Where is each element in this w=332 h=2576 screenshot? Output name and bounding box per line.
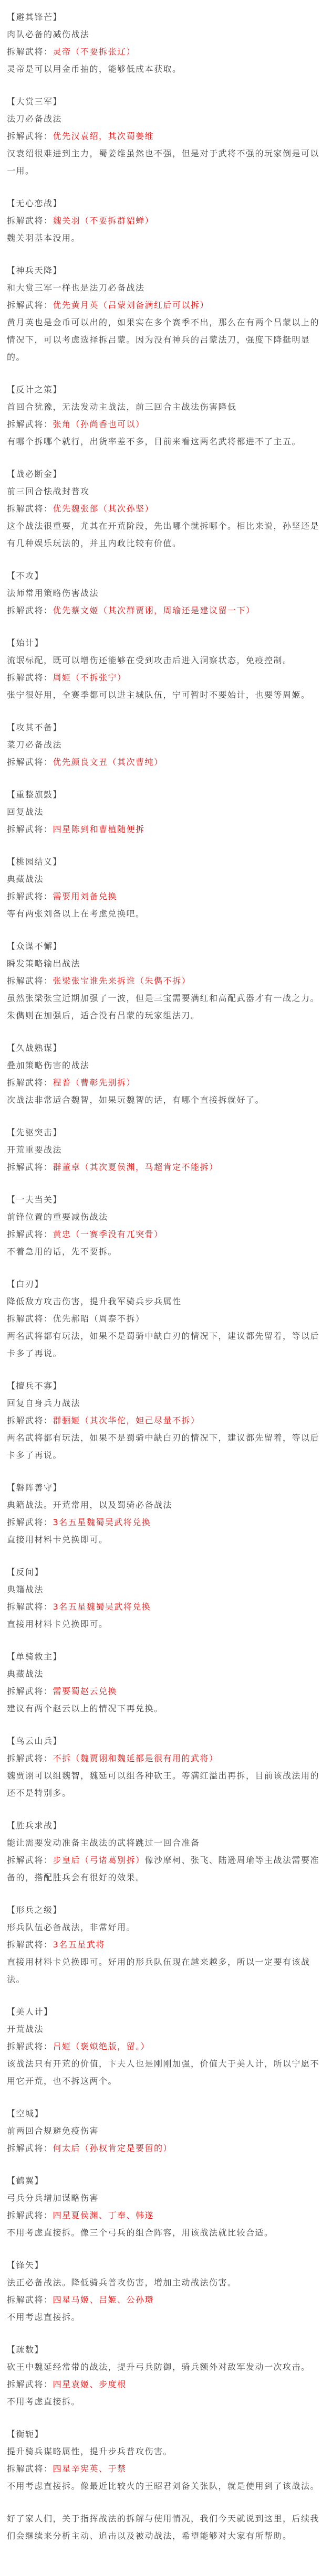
dismantle-label: 拆解武将： — [7, 1940, 53, 1950]
closing-paragraph: 好了家人们，关于指挥战法的拆解与使用情况，我们今天就说到这里，后续我们会继续来分… — [7, 2510, 324, 2545]
tactic-title: 【反间】 — [7, 1563, 324, 1581]
dismantle-value: 魏关羽（不要拆群貂蝉） — [53, 216, 154, 226]
tactic-note: 张宁很好用，全赛季都可以进主城队伍，宁可暂时不要始计，也要等周姬。 — [7, 686, 324, 704]
tactic-description: 叠加策略伤害的战法 — [7, 1057, 324, 1074]
dismantle-value: 张角（孙尚香也可以） — [53, 419, 145, 429]
dismantle-value: 张梁张宝谁先来拆谁（朱儁不拆） — [53, 976, 191, 986]
tactic-note: 直接用材料卡兑换即可。好用的形兵队伍现在越来越多，所以一定要有该战法。 — [7, 1953, 324, 1988]
dismantle-line: 拆解武将：3名五星武将 — [7, 1936, 324, 1953]
tactic-note: 直接用材料卡兑换即可。 — [7, 1615, 324, 1633]
dismantle-line: 拆解武将：3名五星魏蜀吴武将兑换 — [7, 1598, 324, 1615]
dismantle-value: 四星夏侯渊、丁奉、韩遂 — [53, 2210, 154, 2220]
dismantle-value: 吕姬（褒姒绝版，留。） — [53, 2041, 150, 2051]
dismantle-value: 3名五星魏蜀吴武将兑换 — [53, 1517, 151, 1527]
tactic-note: 灵帝是可以用金币抽的，能够低成本获取。 — [7, 60, 324, 78]
dismantle-label: 拆解武将： — [7, 1855, 53, 1865]
tactic-note: 不用考虑直接拆。像三个弓兵的组合阵容，用该战法就比较合适。 — [7, 2224, 324, 2241]
tactic-section: 【衡轭】 提升骑兵谋略属性，提升步兵普攻伤害。 拆解武将：四星辛宪英、于禁 不用… — [7, 2425, 324, 2495]
tactic-section: 【桃园结义】 典藏战法 拆解武将：需要用刘备兑换 等有两张刘备以上在考虑兑换吧。 — [7, 853, 324, 922]
dismantle-line: 拆解武将：何太后（孙权肯定是要留的） — [7, 2139, 324, 2157]
tactic-section-list: 【避其锋芒】 肉队必备的减伤战法 拆解武将：灵帝（不要拆张辽） 灵帝是可以用金币… — [7, 8, 324, 2495]
tactic-title: 【擅兵不寡】 — [7, 1377, 324, 1395]
dismantle-label: 拆解武将： — [7, 47, 53, 57]
dismantle-label: 拆解武将： — [7, 757, 53, 767]
dismantle-value: 群董卓（其次夏侯渊，马超肯定不能拆） — [53, 1162, 219, 1172]
dismantle-value: 需要蜀赵云兑换 — [53, 1686, 118, 1696]
dismantle-label: 拆解武将： — [7, 504, 53, 514]
tactic-section: 【战必断金】 前三回合怯战封普攻 拆解武将：优先魏张郃（其次孙坚） 这个战法很重… — [7, 465, 324, 552]
tactic-description: 弓兵分兵增加谋略伤害 — [7, 2189, 324, 2207]
dismantle-line: 拆解武将：需要蜀赵云兑换 — [7, 1683, 324, 1700]
tactic-title: 【疏数】 — [7, 2341, 324, 2358]
tactic-section: 【疏数】 砍王中魏延经常带的战法，提升弓兵防御，骑兵额外对敌军发动一次攻击。 拆… — [7, 2341, 324, 2410]
tactic-title: 【无心恋战】 — [7, 195, 324, 212]
dismantle-line: 拆解武将：四星马姬、吕姬、公孙瓒 — [7, 2291, 324, 2308]
tactic-section: 【鸟云山兵】 拆解武将：不拆（魏贾诩和魏延都是很有用的武将） 魏贾诩可以组魏智，… — [7, 1732, 324, 1802]
tactic-description: 瞬发策略输出战法 — [7, 955, 324, 972]
tactic-title: 【美人计】 — [7, 2003, 324, 2020]
tactic-section: 【鹤翼】 弓兵分兵增加谋略伤害 拆解武将：四星夏侯渊、丁奉、韩遂 不用考虑直接拆… — [7, 2172, 324, 2241]
dismantle-value: 优先郝昭（周泰不拆） — [53, 1314, 145, 1324]
dismantle-value: 群骊姬（其次华佗，妲己尽量不拆） — [53, 1415, 200, 1425]
dismantle-label: 拆解武将： — [7, 2464, 53, 2474]
tactic-section: 【始计】 流氓标配，既可以增伤还能够在受到攻击后进入洞察状态，免疫控制。 拆解武… — [7, 634, 324, 704]
dismantle-line: 拆解武将：灵帝（不要拆张辽） — [7, 43, 324, 60]
tactic-note: 黄月英也是金币可以出的，如果实在多个赛季不出，那么在有两个吕蒙以上的情况下，可以… — [7, 314, 324, 366]
tactic-description: 肉队必备的减伤战法 — [7, 26, 324, 43]
tactic-note: 有哪个拆哪个就行，出货率差不多，目前来看这两名武将都进不了主五。 — [7, 433, 324, 450]
tactic-section: 【白刃】 降低敌方攻击伤害，提升我军骑兵步兵属性 拆解武将：优先郝昭（周泰不拆）… — [7, 1275, 324, 1362]
tactic-title: 【形兵之级】 — [7, 1901, 324, 1919]
dismantle-line: 拆解武将：魏关羽（不要拆群貂蝉） — [7, 212, 324, 229]
tactic-note: 不着急用的话，先不要拆。 — [7, 1243, 324, 1260]
dismantle-label: 拆解武将： — [7, 891, 53, 901]
tactic-note: 魏关羽基本没用。 — [7, 229, 324, 247]
tactic-section: 【避其锋芒】 肉队必备的减伤战法 拆解武将：灵帝（不要拆张辽） 灵帝是可以用金币… — [7, 8, 324, 78]
tactic-description: 典藏战法 — [7, 870, 324, 888]
dismantle-value: 优先汉袁绍，其次蜀姜维 — [53, 131, 154, 141]
tactic-description: 菜刀必备战法 — [7, 736, 324, 753]
dismantle-label: 拆解武将： — [7, 1162, 53, 1172]
article-page: { "colors": { "text": "#404040", "accent… — [0, 0, 332, 2576]
tactic-section: 【磐阵善守】 典籍战法。开荒常用，以及蜀骑必备战法 拆解武将：3名五星魏蜀吴武将… — [7, 1479, 324, 1548]
dismantle-value: 四星辛宪英、于禁 — [53, 2464, 127, 2474]
dismantle-line: 拆解武将：吕姬（褒姒绝版，留。） — [7, 2038, 324, 2055]
dismantle-line: 拆解武将：四星辛宪英、于禁 — [7, 2460, 324, 2477]
tactic-note: 虽然张梁张宝近期加强了一波，但是三宝需要满红和高配武器才有一战之力。朱儁则在加强… — [7, 989, 324, 1024]
tactic-note: 建议有两个赵云以上的情况下再兑换。 — [7, 1700, 324, 1717]
tactic-title: 【鸟云山兵】 — [7, 1732, 324, 1750]
tactic-note: 两名武将都有玩法，如果不是蜀骑中缺白刃的情况下，建议都先留着，等以后卡多了再说。 — [7, 1429, 324, 1464]
tactic-section: 【大赏三军】 法刀必备战法 拆解武将：优先汉袁绍，其次蜀姜维 汉袁绍很难进到主力… — [7, 93, 324, 179]
dismantle-value: 3名五星魏蜀吴武将兑换 — [53, 1602, 151, 1612]
tactic-description: 砍王中魏延经常带的战法，提升弓兵防御，骑兵额外对敌军发动一次攻击。 — [7, 2358, 324, 2376]
tactic-title: 【先驱突击】 — [7, 1124, 324, 1141]
tactic-description: 开荒战法 — [7, 2020, 324, 2038]
tactic-note: 该战法只有开荒的价值，卞夫人也是刚刚加强，价值大于美人计，所以宁愿不用它开荒，也… — [7, 2055, 324, 2090]
tactic-title: 【众谋不懈】 — [7, 938, 324, 955]
tactic-description: 首回合犹豫，无法发动主战法，前三回合主战法伤害降低 — [7, 398, 324, 416]
dismantle-value: 优先魏张郃（其次孙坚） — [53, 504, 154, 514]
tactic-title: 【鹤翼】 — [7, 2172, 324, 2189]
tactic-description: 流氓标配，既可以增伤还能够在受到攻击后进入洞察状态，免疫控制。 — [7, 652, 324, 669]
dismantle-line: 拆解武将：优先蔡文姬（其次群贾诩，周瑜还是建议留一下） — [7, 602, 324, 619]
dismantle-value: 需要用刘备兑换 — [53, 891, 118, 901]
dismantle-line: 拆解武将：张梁张宝谁先来拆谁（朱儁不拆） — [7, 972, 324, 989]
tactic-section: 【胜兵求战】 能让需要发动准备主战法的武将跳过一回合准备 拆解武将：步皇后（弓诸… — [7, 1817, 324, 1886]
dismantle-value: 程普（曹彰先别拆） — [53, 1078, 136, 1088]
dismantle-label: 拆解武将： — [7, 131, 53, 141]
dismantle-label: 拆解武将： — [7, 1078, 53, 1088]
dismantle-line: 拆解武将：优先郝昭（周泰不拆） — [7, 1310, 324, 1327]
tactic-note: 两名武将都有玩法，如果不是蜀骑中缺白刃的情况下，建议都先留着，等以后卡多了再说。 — [7, 1327, 324, 1362]
tactic-title: 【磐阵善守】 — [7, 1479, 324, 1496]
tactic-title: 【桃园结义】 — [7, 853, 324, 870]
dismantle-line: 拆解武将：四星夏侯渊、丁奉、韩遂 — [7, 2207, 324, 2224]
tactic-description: 典藏战法 — [7, 1665, 324, 1683]
tactic-description: 法刀必备战法 — [7, 110, 324, 127]
tactic-section: 【单骑救主】 典藏战法 拆解武将：需要蜀赵云兑换 建议有两个赵云以上的情况下再兑… — [7, 1648, 324, 1717]
tactic-description: 开荒重要战法 — [7, 1141, 324, 1158]
tactic-section: 【众谋不懈】 瞬发策略输出战法 拆解武将：张梁张宝谁先来拆谁（朱儁不拆） 虽然张… — [7, 938, 324, 1024]
dismantle-value: 步皇后（弓诸葛别拆） — [53, 1855, 145, 1865]
tactic-description: 典籍战法。开荒常用，以及蜀骑必备战法 — [7, 1496, 324, 1514]
tactic-description: 回复战法 — [7, 803, 324, 821]
tactics-guide-article: 【避其锋芒】 肉队必备的减伤战法 拆解武将：灵帝（不要拆张辽） 灵帝是可以用金币… — [0, 0, 332, 2576]
tactic-section: 【锋矢】 法正必备战法。降低骑兵普攻伤害，增加主动战法伤害。 拆解武将：四星马姬… — [7, 2256, 324, 2326]
tactic-section: 【不攻】 法师常用策略伤害战法 拆解武将：优先蔡文姬（其次群贾诩，周瑜还是建议留… — [7, 567, 324, 619]
dismantle-label: 拆解武将： — [7, 1686, 53, 1696]
dismantle-label: 拆解武将： — [7, 1602, 53, 1612]
tactic-section: 【一夫当关】 前锋位置的重要减伤战法 拆解武将：黄忠（一赛季没有兀突骨） 不着急… — [7, 1191, 324, 1260]
tactic-section: 【久战熟谋】 叠加策略伤害的战法 拆解武将：程普（曹彰先别拆） 次战法非常适合魏… — [7, 1039, 324, 1109]
dismantle-line: 拆解武将：不拆（魏贾诩和魏延都是很有用的武将） — [7, 1750, 324, 1767]
dismantle-line: 拆解武将：程普（曹彰先别拆） — [7, 1074, 324, 1091]
tactic-description: 能让需要发动准备主战法的武将跳过一回合准备 — [7, 1834, 324, 1851]
dismantle-line: 拆解武将：步皇后（弓诸葛别拆）像沙摩柯、张飞、陆逊周瑜等主战法需要准备的，搭配胜… — [7, 1851, 324, 1886]
tactic-description: 前三回合怯战封普攻 — [7, 483, 324, 500]
tactic-title: 【重整旗鼓】 — [7, 786, 324, 803]
tactic-title: 【神兵天降】 — [7, 262, 324, 279]
dismantle-value: 不拆（魏贾诩和魏延都是很有用的武将） — [53, 1753, 219, 1763]
dismantle-label: 拆解武将： — [7, 2210, 53, 2220]
dismantle-label: 拆解武将： — [7, 824, 53, 834]
dismantle-label: 拆解武将： — [7, 1517, 53, 1527]
tactic-title: 【单骑救主】 — [7, 1648, 324, 1665]
tactic-section: 【擅兵不寡】 回复自身兵力战法 拆解武将：群骊姬（其次华佗，妲己尽量不拆） 两名… — [7, 1377, 324, 1464]
dismantle-line: 拆解武将：优先颜良文丑（其次曹纯） — [7, 753, 324, 771]
tactic-section: 【攻其不备】 菜刀必备战法 拆解武将：优先颜良文丑（其次曹纯） — [7, 719, 324, 771]
tactic-note: 等有两张刘备以上在考虑兑换吧。 — [7, 905, 324, 922]
tactic-section: 【无心恋战】 拆解武将：魏关羽（不要拆群貂蝉） 魏关羽基本没用。 — [7, 195, 324, 247]
dismantle-label: 拆解武将： — [7, 216, 53, 226]
tactic-title: 【锋矢】 — [7, 2256, 324, 2274]
dismantle-line: 拆解武将：需要用刘备兑换 — [7, 888, 324, 905]
dismantle-value: 四星马姬、吕姬、公孙瓒 — [53, 2295, 154, 2305]
tactic-title: 【避其锋芒】 — [7, 8, 324, 26]
tactic-description: 前锋位置的重要减伤战法 — [7, 1208, 324, 1226]
dismantle-label: 拆解武将： — [7, 1314, 53, 1324]
dismantle-value: 何太后（孙权肯定是要留的） — [53, 2143, 173, 2153]
dismantle-line: 拆解武将：优先魏张郃（其次孙坚） — [7, 500, 324, 517]
tactic-note: 魏贾诩可以组魏智，魏延可以组各种砍王。等满红溢出再拆，目前该战法用的还不是特别多… — [7, 1767, 324, 1802]
tactic-title: 【胜兵求战】 — [7, 1817, 324, 1834]
tactic-note: 不用考虑直接拆。 — [7, 2308, 324, 2326]
tactic-title: 【攻其不备】 — [7, 719, 324, 736]
dismantle-line: 拆解武将：群骊姬（其次华佗，妲己尽量不拆） — [7, 1412, 324, 1429]
tactic-section: 【反计之策】 首回合犹豫，无法发动主战法，前三回合主战法伤害降低 拆解武将：张角… — [7, 381, 324, 450]
dismantle-label: 拆解武将： — [7, 2379, 53, 2389]
tactic-title: 【空城】 — [7, 2105, 324, 2122]
dismantle-line: 拆解武将：张角（孙尚香也可以） — [7, 416, 324, 433]
dismantle-label: 拆解武将： — [7, 2041, 53, 2051]
dismantle-label: 拆解武将： — [7, 673, 53, 683]
dismantle-label: 拆解武将： — [7, 1753, 53, 1763]
tactic-note: 直接用材料卡兑换即可。 — [7, 1531, 324, 1548]
dismantle-value: 四星袁姬、步度根 — [53, 2379, 127, 2389]
tactic-title: 【白刃】 — [7, 1275, 324, 1293]
dismantle-label: 拆解武将： — [7, 300, 53, 310]
tactic-title: 【大赏三军】 — [7, 93, 324, 110]
dismantle-value: 四星陈到和曹植随便拆 — [53, 824, 145, 834]
dismantle-label: 拆解武将： — [7, 419, 53, 429]
dismantle-label: 拆解武将： — [7, 1415, 53, 1425]
tactic-section: 【神兵天降】 和大赏三军一样也是法刀必备战法 拆解武将：优先黄月英（吕蒙刘备满红… — [7, 262, 324, 366]
tactic-section: 【空城】 前两回合规避免疫伤害 拆解武将：何太后（孙权肯定是要留的） — [7, 2105, 324, 2157]
tactic-note: 不用考虑直接拆。像最近比较火的王昭君刘备关张队，就是使用到了该战法。 — [7, 2477, 324, 2495]
tactic-title: 【不攻】 — [7, 567, 324, 584]
tactic-title: 【战必断金】 — [7, 465, 324, 483]
dismantle-line: 拆解武将：四星袁姬、步度根 — [7, 2376, 324, 2393]
dismantle-value: 灵帝（不要拆张辽） — [53, 47, 136, 57]
tactic-note: 这个战法很重要，尤其在开荒阶段，先出哪个就拆哪个。相比来说，孙坚还是有几种娱乐玩… — [7, 517, 324, 552]
dismantle-line: 拆解武将：群董卓（其次夏侯渊，马超肯定不能拆） — [7, 1158, 324, 1176]
tactic-title: 【衡轭】 — [7, 2425, 324, 2443]
tactic-description: 降低敌方攻击伤害，提升我军骑兵步兵属性 — [7, 1293, 324, 1310]
tactic-description: 前两回合规避免疫伤害 — [7, 2122, 324, 2139]
dismantle-value: 优先黄月英（吕蒙刘备满红后可以拆） — [53, 300, 210, 310]
dismantle-value: 3名五星武将 — [53, 1940, 105, 1950]
dismantle-label: 拆解武将： — [7, 605, 53, 615]
dismantle-value: 优先颜良文丑（其次曹纯） — [53, 757, 163, 767]
dismantle-label: 拆解武将： — [7, 2295, 53, 2305]
dismantle-label: 拆解武将： — [7, 1229, 53, 1239]
tactic-section: 【重整旗鼓】 回复战法 拆解武将：四星陈到和曹植随便拆 — [7, 786, 324, 838]
tactic-description: 回复自身兵力战法 — [7, 1395, 324, 1412]
tactic-section: 【美人计】 开荒战法 拆解武将：吕姬（褒姒绝版，留。） 该战法只有开荒的价值，卞… — [7, 2003, 324, 2090]
tactic-note: 次战法非常适合魏智，如果玩魏智的话，有哪个直接拆就好了。 — [7, 1091, 324, 1109]
tactic-description: 法正必备战法。降低骑兵普攻伤害，增加主动战法伤害。 — [7, 2274, 324, 2291]
dismantle-line: 拆解武将：周姬（不拆张宁） — [7, 669, 324, 686]
tactic-description: 形兵队伍必备战法，非常好用。 — [7, 1919, 324, 1936]
tactic-note: 不用考虑直接拆。 — [7, 2393, 324, 2410]
tactic-description: 提升骑兵谋略属性，提升步兵普攻伤害。 — [7, 2443, 324, 2460]
dismantle-line: 拆解武将：黄忠（一赛季没有兀突骨） — [7, 1226, 324, 1243]
tactic-title: 【始计】 — [7, 634, 324, 652]
dismantle-value: 优先蔡文姬（其次群贾诩，周瑜还是建议留一下） — [53, 605, 255, 615]
dismantle-line: 拆解武将：四星陈到和曹植随便拆 — [7, 821, 324, 838]
tactic-section: 【形兵之级】 形兵队伍必备战法，非常好用。 拆解武将：3名五星武将 直接用材料卡… — [7, 1901, 324, 1988]
tactic-section: 【反间】 典籍战法 拆解武将：3名五星魏蜀吴武将兑换 直接用材料卡兑换即可。 — [7, 1563, 324, 1633]
tactic-note: 汉袁绍很难进到主力，蜀姜维虽然也不强，但是对于武将不强的玩家倒是可以一用。 — [7, 145, 324, 179]
dismantle-line: 拆解武将：优先黄月英（吕蒙刘备满红后可以拆） — [7, 296, 324, 314]
tactic-description: 和大赏三军一样也是法刀必备战法 — [7, 279, 324, 296]
dismantle-label: 拆解武将： — [7, 2143, 53, 2153]
dismantle-value: 周姬（不拆张宁） — [53, 673, 127, 683]
tactic-title: 【反计之策】 — [7, 381, 324, 398]
tactic-section: 【先驱突击】 开荒重要战法 拆解武将：群董卓（其次夏侯渊，马超肯定不能拆） — [7, 1124, 324, 1176]
dismantle-value: 黄忠（一赛季没有兀突骨） — [53, 1229, 163, 1239]
tactic-title: 【久战熟谋】 — [7, 1039, 324, 1057]
dismantle-line: 拆解武将：优先汉袁绍，其次蜀姜维 — [7, 127, 324, 145]
tactic-title: 【一夫当关】 — [7, 1191, 324, 1208]
dismantle-label: 拆解武将： — [7, 976, 53, 986]
dismantle-line: 拆解武将：3名五星魏蜀吴武将兑换 — [7, 1514, 324, 1531]
tactic-description: 典籍战法 — [7, 1581, 324, 1598]
tactic-description: 法师常用策略伤害战法 — [7, 584, 324, 602]
